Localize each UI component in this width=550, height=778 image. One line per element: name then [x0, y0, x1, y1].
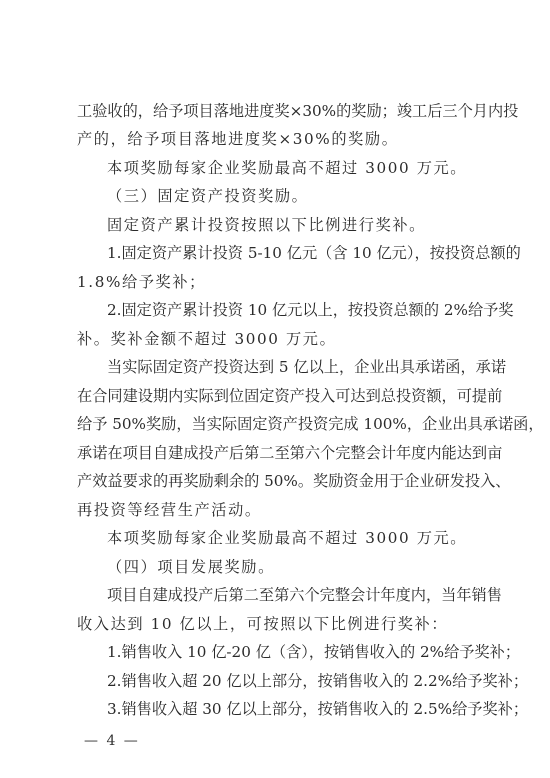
list-item-line: 2.固定资产累计投资 10 亿元以上，按投资总额的 2%给予奖	[107, 300, 477, 320]
list-item-line: 1.8%给予奖补；	[77, 272, 477, 292]
paragraph-line: 工验收的，给予项目落地进度奖×30%的奖励；竣工后三个月内投	[77, 101, 477, 121]
section-heading: （三）固定资产投资奖励。	[107, 186, 477, 206]
list-item-line: 1.销售收入 10 亿-20 亿（含），按销售收入的 2%给予奖补；	[107, 642, 477, 662]
paragraph-line: 本项奖励每家企业奖励最高不超过 3000 万元。	[107, 158, 477, 178]
paragraph-line: 本项奖励每家企业奖励最高不超过 3000 万元。	[107, 528, 477, 548]
paragraph-line: 当实际固定资产投资达到 5 亿以上，企业出具承诺函，承诺	[107, 357, 477, 377]
list-item-line: 3.销售收入超 30 亿以上部分，按销售收入的 2.5%给予奖补；	[107, 699, 477, 719]
document-page: 工验收的，给予项目落地进度奖×30%的奖励；竣工后三个月内投 产的，给予项目落地…	[0, 0, 550, 778]
page-number: — 4 —	[84, 733, 140, 749]
paragraph-line: 承诺在项目自建成投产后第二至第六个完整会计年度内能达到亩	[77, 443, 477, 463]
list-item-line: 1.固定资产累计投资 5-10 亿元（含 10 亿元），按投资总额的	[107, 243, 477, 263]
paragraph-line: 产的，给予项目落地进度奖×30%的奖励。	[77, 129, 477, 149]
paragraph-line: 收入达到 10 亿以上，可按照以下比例进行奖补：	[77, 614, 477, 634]
paragraph-line: 给予 50%奖励，当实际固定资产投资完成 100%，企业出具承诺函，	[77, 414, 477, 434]
list-item-line: 2.销售收入超 20 亿以上部分，按销售收入的 2.2%给予奖补；	[107, 671, 477, 691]
paragraph-line: 产效益要求的再奖励剩余的 50%。奖励资金用于企业研发投入、	[77, 471, 477, 491]
paragraph-line: 项目自建成投产后第二至第六个完整会计年度内，当年销售	[107, 585, 477, 605]
list-item-line: 补。奖补金额不超过 3000 万元。	[77, 329, 477, 349]
paragraph-line: 固定资产累计投资按照以下比例进行奖补。	[107, 215, 477, 235]
paragraph-line: 再投资等经营生产活动。	[77, 500, 477, 520]
section-heading: （四）项目发展奖励。	[107, 557, 477, 577]
paragraph-line: 在合同建设期内实际到位固定资产投入可达到总投资额，可提前	[77, 386, 477, 406]
